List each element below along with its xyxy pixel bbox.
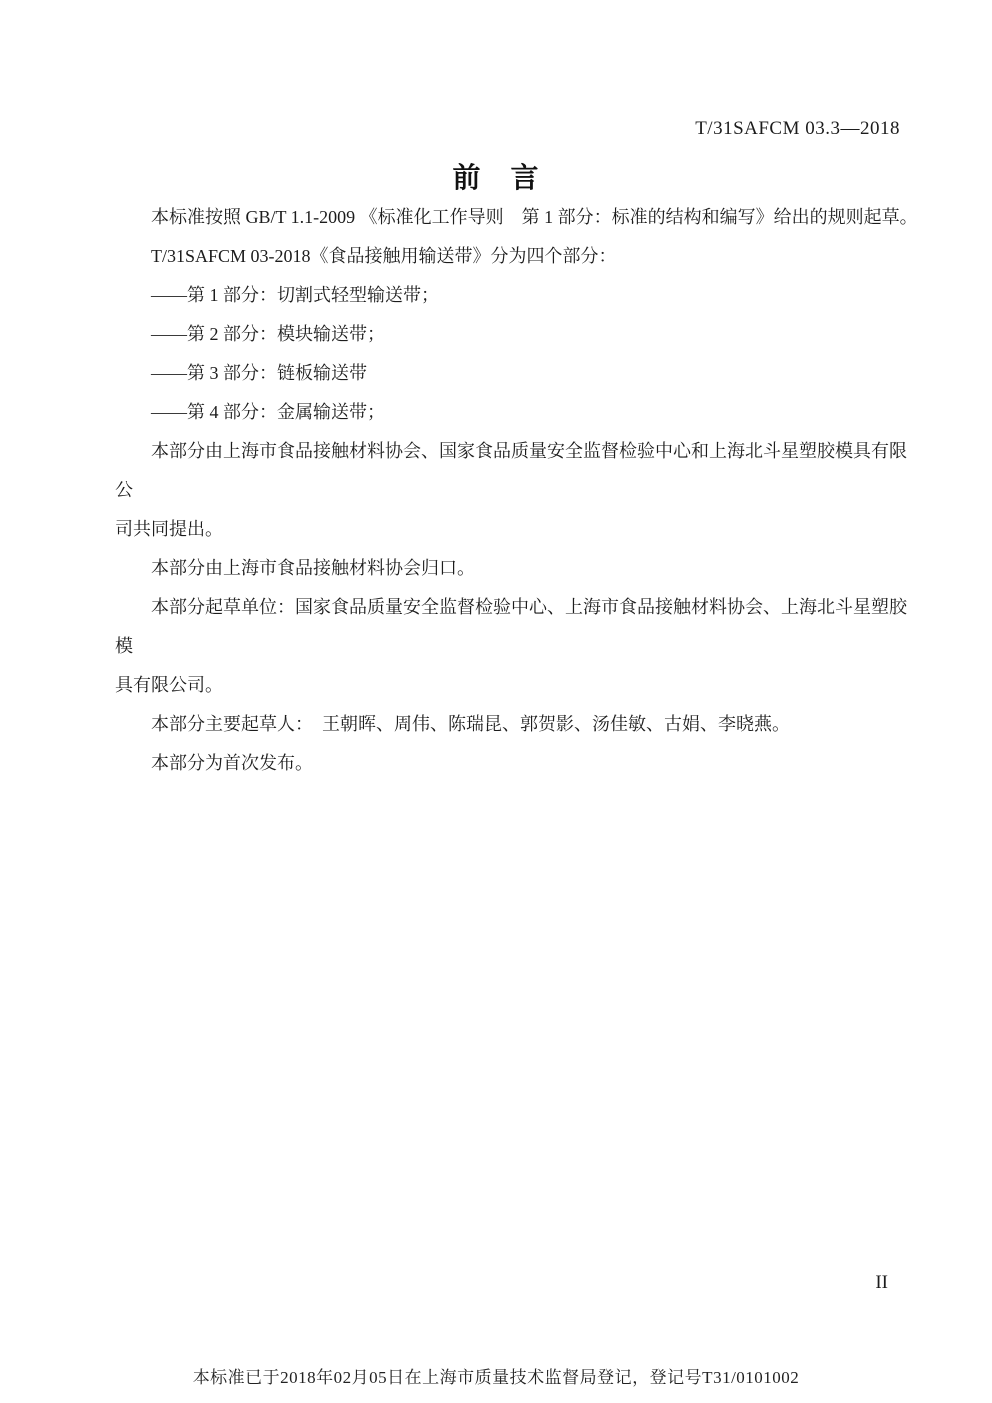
page-number: II bbox=[875, 1272, 888, 1294]
paragraph-parts-intro: T/31SAFCM 03-2018《食品接触用输送带》分为四个部分： bbox=[115, 237, 915, 276]
footer-registration-note: 本标准已于2018年02月05日在上海市质量技术监督局登记，登记号T31/010… bbox=[0, 1363, 992, 1388]
foreword-content: 本标准按照 GB/T 1.1-2009 《标准化工作导则 第 1 部分：标准的结… bbox=[115, 198, 915, 783]
part-list-item-2: ——第 2 部分：模块输送带； bbox=[115, 315, 915, 354]
part-list-item-1: ——第 1 部分：切割式轻型输送带； bbox=[115, 276, 915, 315]
paragraph-first-issue: 本部分为首次发布。 bbox=[115, 744, 915, 783]
document-page: T/31SAFCM 03.3—2018 前 言 本标准按照 GB/T 1.1-2… bbox=[0, 0, 992, 1403]
part-list: ——第 1 部分：切割式轻型输送带； ——第 2 部分：模块输送带； ——第 3… bbox=[115, 276, 915, 432]
part-list-item-3: ——第 3 部分：链板输送带 bbox=[115, 354, 915, 393]
part-list-item-4: ——第 4 部分：金属输送带； bbox=[115, 393, 915, 432]
paragraph-proposed-by: 本部分由上海市食品接触材料协会、国家食品质量安全监督检验中心和上海北斗星塑胶模具… bbox=[115, 432, 915, 549]
standard-code-header: T/31SAFCM 03.3—2018 bbox=[695, 118, 900, 140]
paragraph-drafters: 本部分主要起草人： 王朝晖、周伟、陈瑞昆、郭贺影、汤佳敏、古娟、李晓燕。 bbox=[115, 705, 915, 744]
paragraph-centralized-by: 本部分由上海市食品接触材料协会归口。 bbox=[115, 549, 915, 588]
paragraph-drafting-rule: 本标准按照 GB/T 1.1-2009 《标准化工作导则 第 1 部分：标准的结… bbox=[115, 198, 915, 237]
page-title: 前 言 bbox=[0, 156, 992, 196]
paragraph-drafting-units: 本部分起草单位：国家食品质量安全监督检验中心、上海市食品接触材料协会、上海北斗星… bbox=[115, 588, 915, 705]
